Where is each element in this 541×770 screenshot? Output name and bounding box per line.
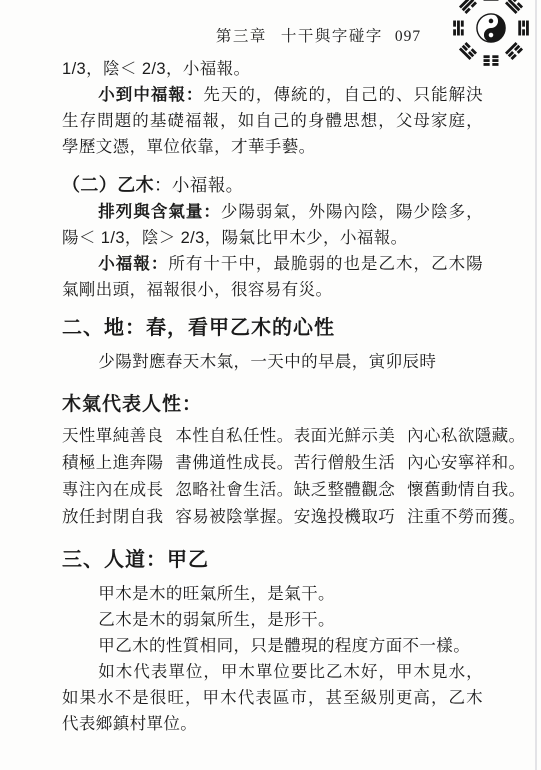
body-text-column: 1/3，陰＜ 2/3，小福報。 小到中福報：先天的，傳統的，自己的、只能解決生存… <box>62 56 483 737</box>
trait-cell: 放任封閉自我 <box>62 508 163 526</box>
paragraph-yimu-xinggan: 乙木是木的弱氣所生，是形干。 <box>62 607 483 633</box>
chapter-label: 第三章 <box>216 28 267 45</box>
section-heading-di-spring: 二、地：春，看甲乙木的心性 <box>62 313 483 343</box>
trait-cell: 忽略社會生活。 <box>175 481 293 499</box>
trait-cell: 苦行僧般生活 <box>294 454 395 472</box>
paragraph-pailie: 排列與含氣量：少陽弱氣，外陽內陰，陽少陰多，陽＜ 1/3，陰＞ 2/3，陽氣比甲… <box>62 199 483 251</box>
paragraph-danwei: 如木代表單位，甲木單位要比乙木好，甲木見水，如果水不是很旺，甲木代表區市，甚至級… <box>62 659 483 737</box>
paragraph-shaoyang: 少陽對應春天木氣，一天中的早晨，寅卯辰時 <box>62 349 483 375</box>
chapter-title: 十干與字碰字 <box>281 28 383 45</box>
trait-cell: 注重不勞而獲。 <box>407 508 525 526</box>
paragraph-jiamu-qigan: 甲木是木的旺氣所生，是氣干。 <box>62 581 483 607</box>
subsection-text: ：小福報。 <box>154 175 244 195</box>
trait-row: 放任封閉自我容易被陰掌握。安逸投機取巧注重不勞而獲。 <box>62 504 483 531</box>
trait-cell: 天性單純善良 <box>62 427 163 445</box>
paragraph-xingzhi: 甲乙木的性質相同，只是體現的程度方面不一樣。 <box>62 633 483 659</box>
book-page: 第三章十干與字碰字097 <box>0 0 541 770</box>
trait-cell: 缺乏整體觀念 <box>294 481 395 499</box>
trait-cell: 安逸投機取巧 <box>294 508 395 526</box>
paragraph-carryover: 1/3，陰＜ 2/3，小福報。 <box>62 56 483 82</box>
trait-list: 天性單純善良本性自私任性。表面光鮮示美內心私欲隱藏。 積極上進奔陽書佛道性成長。… <box>62 423 483 531</box>
trait-cell: 內心私欲隱藏。 <box>407 427 525 445</box>
trait-row: 專注內在成長忽略社會生活。缺乏整體觀念懷舊動情自我。 <box>62 477 483 504</box>
subsection-number-label: （二）乙木 <box>62 175 154 195</box>
trait-cell: 積極上進奔陽 <box>62 454 163 472</box>
section-heading-muqi-renxing: 木氣代表人性： <box>62 390 483 420</box>
trait-row: 積極上進奔陽書佛道性成長。苦行僧般生活內心安寧祥和。 <box>62 450 483 477</box>
trait-cell: 內心安寧祥和。 <box>407 454 525 472</box>
paragraph-lead: 小到中福報： <box>98 86 203 104</box>
trait-row: 天性單純善良本性自私任性。表面光鮮示美內心私欲隱藏。 <box>62 423 483 450</box>
trait-cell: 專注內在成長 <box>62 481 163 499</box>
trait-cell: 表面光鮮示美 <box>294 427 395 445</box>
paragraph-xiaofubao: 小福報：所有十干中，最脆弱的也是乙木，乙木陽氣剛出頭，福報很小，很容易有災。 <box>62 251 483 303</box>
trait-cell: 懷舊動情自我。 <box>407 481 525 499</box>
trait-cell: 容易被陰掌握。 <box>175 508 293 526</box>
paragraph-small-mid-fubao: 小到中福報：先天的，傳統的，自己的、只能解決生存問題的基礎福報，如自己的身體思想… <box>62 82 483 160</box>
trait-cell: 書佛道性成長。 <box>175 454 293 472</box>
paragraph-lead: 小福報： <box>98 255 168 273</box>
section-heading-rendao-jiayi: 三、人道：甲乙 <box>62 545 483 575</box>
paragraph-lead: 排列與含氣量： <box>98 203 221 221</box>
page-number: 097 <box>395 28 421 45</box>
subsection-heading-yimu: （二）乙木：小福報。 <box>62 172 483 199</box>
trait-cell: 本性自私任性。 <box>175 427 293 445</box>
